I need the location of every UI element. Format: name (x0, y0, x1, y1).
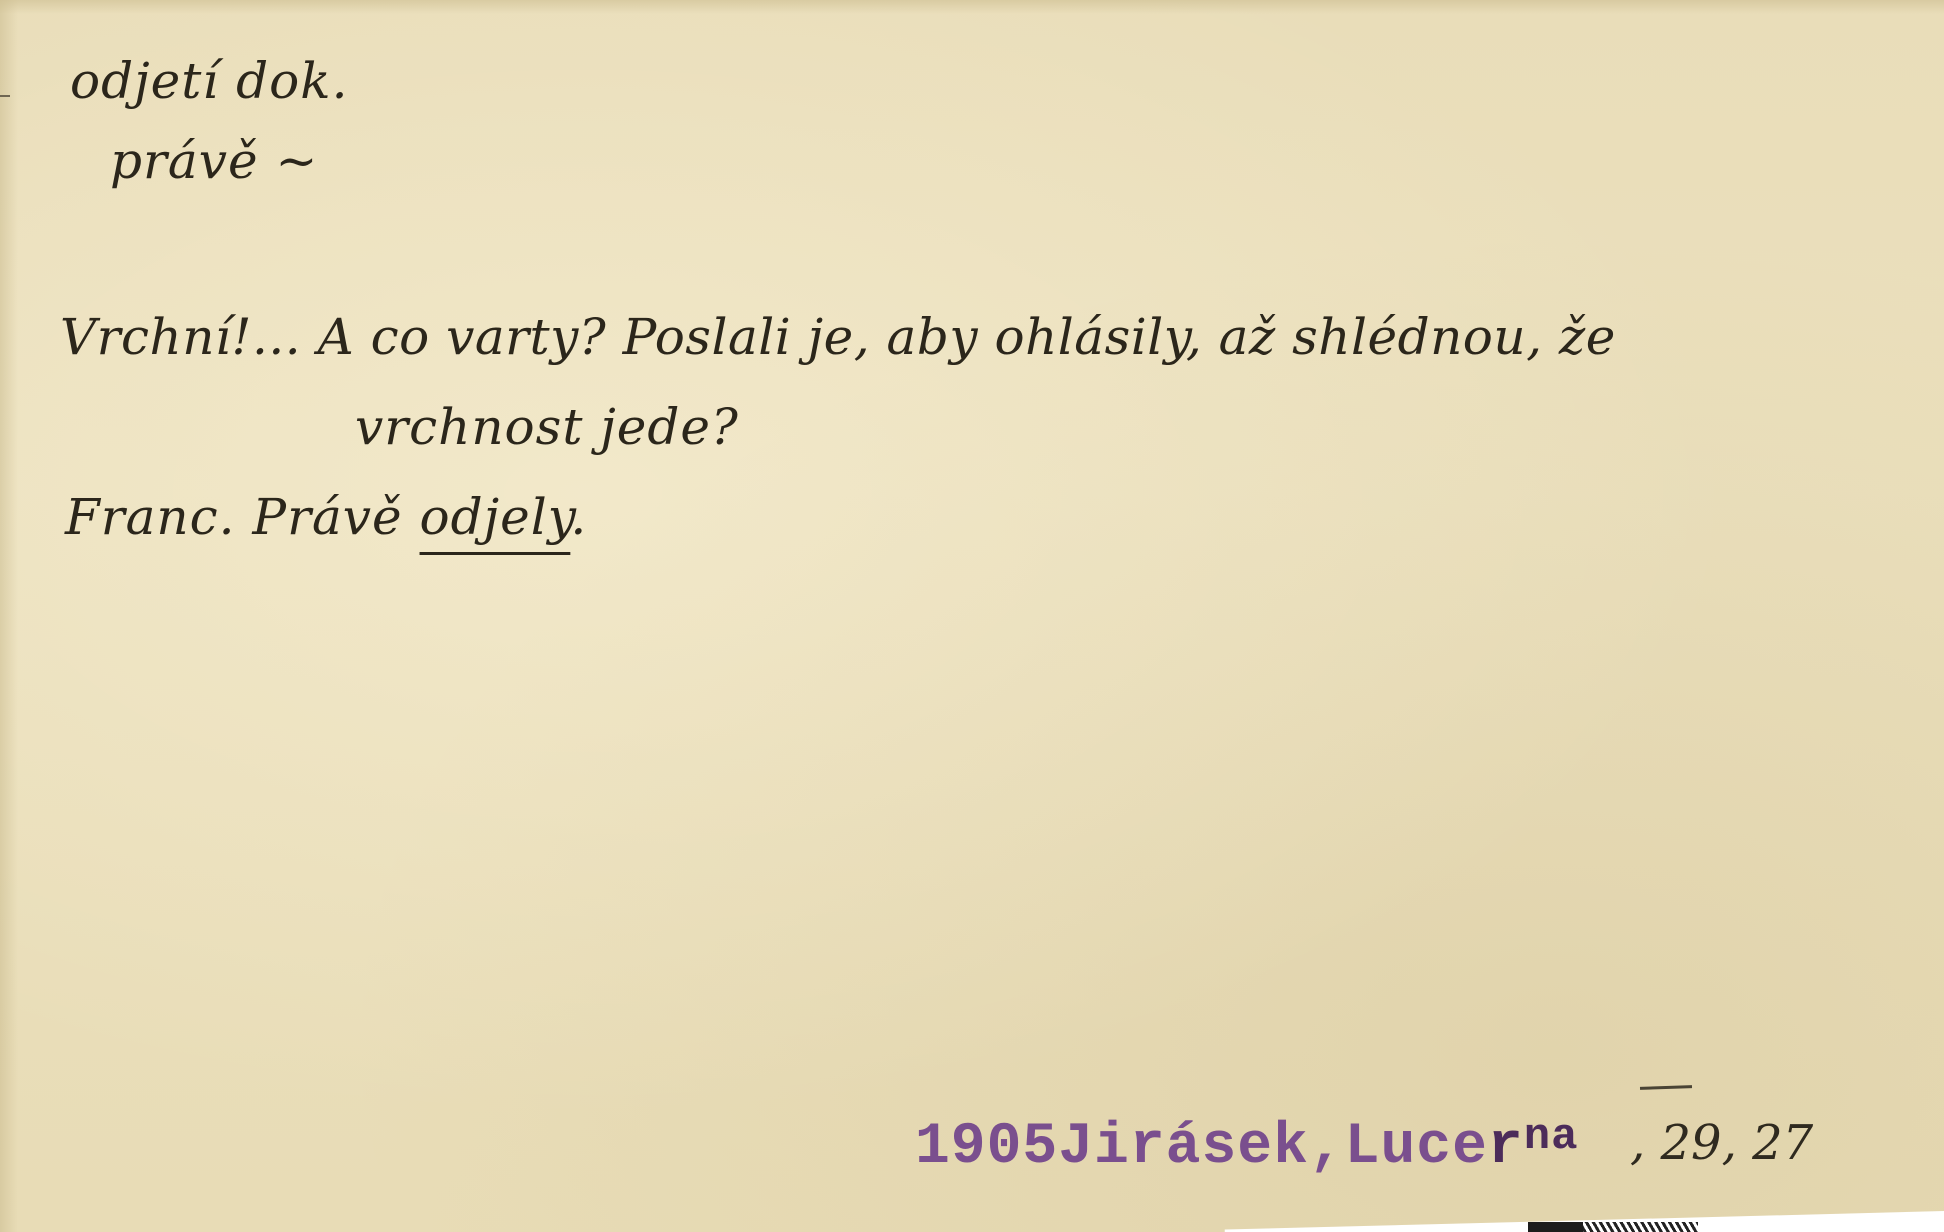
index-card: odjetí dok. právě ~ Vrchní!... A co vart… (0, 0, 1944, 1232)
stamp-work-r: r (1488, 1115, 1524, 1180)
speaker-name: Franc. (65, 488, 236, 546)
underlined-headword: odjely (420, 488, 571, 546)
quotation-line-2: vrchnost jede? (355, 398, 739, 456)
stamp-author: Jirásek, (1058, 1115, 1344, 1180)
stamp-year: 1905 (915, 1115, 1058, 1180)
pencil-dash (1640, 1085, 1692, 1090)
headword: odjetí dok. (70, 52, 348, 110)
scan-calibration-bar-solid (1528, 1222, 1583, 1232)
page-reference: , 29, 27 (1630, 1115, 1813, 1171)
card-top-edge (0, 0, 1944, 14)
quotation-text: Právě (252, 488, 402, 546)
quotation-end: . (570, 488, 587, 546)
stamp-work-sup: na (1524, 1112, 1579, 1162)
card-left-edge (0, 0, 18, 1232)
quotation-line-1: Vrchní!... A co varty? Poslali je, aby o… (60, 308, 1616, 366)
stamp-work: Luce (1345, 1115, 1488, 1180)
quotation-line-3: Franc. Právě odjely. (65, 488, 587, 546)
margin-dash (0, 95, 10, 97)
headword-variant: právě ~ (110, 132, 318, 190)
source-stamp: 1905Jirásek,Lucerna (915, 1115, 1579, 1180)
